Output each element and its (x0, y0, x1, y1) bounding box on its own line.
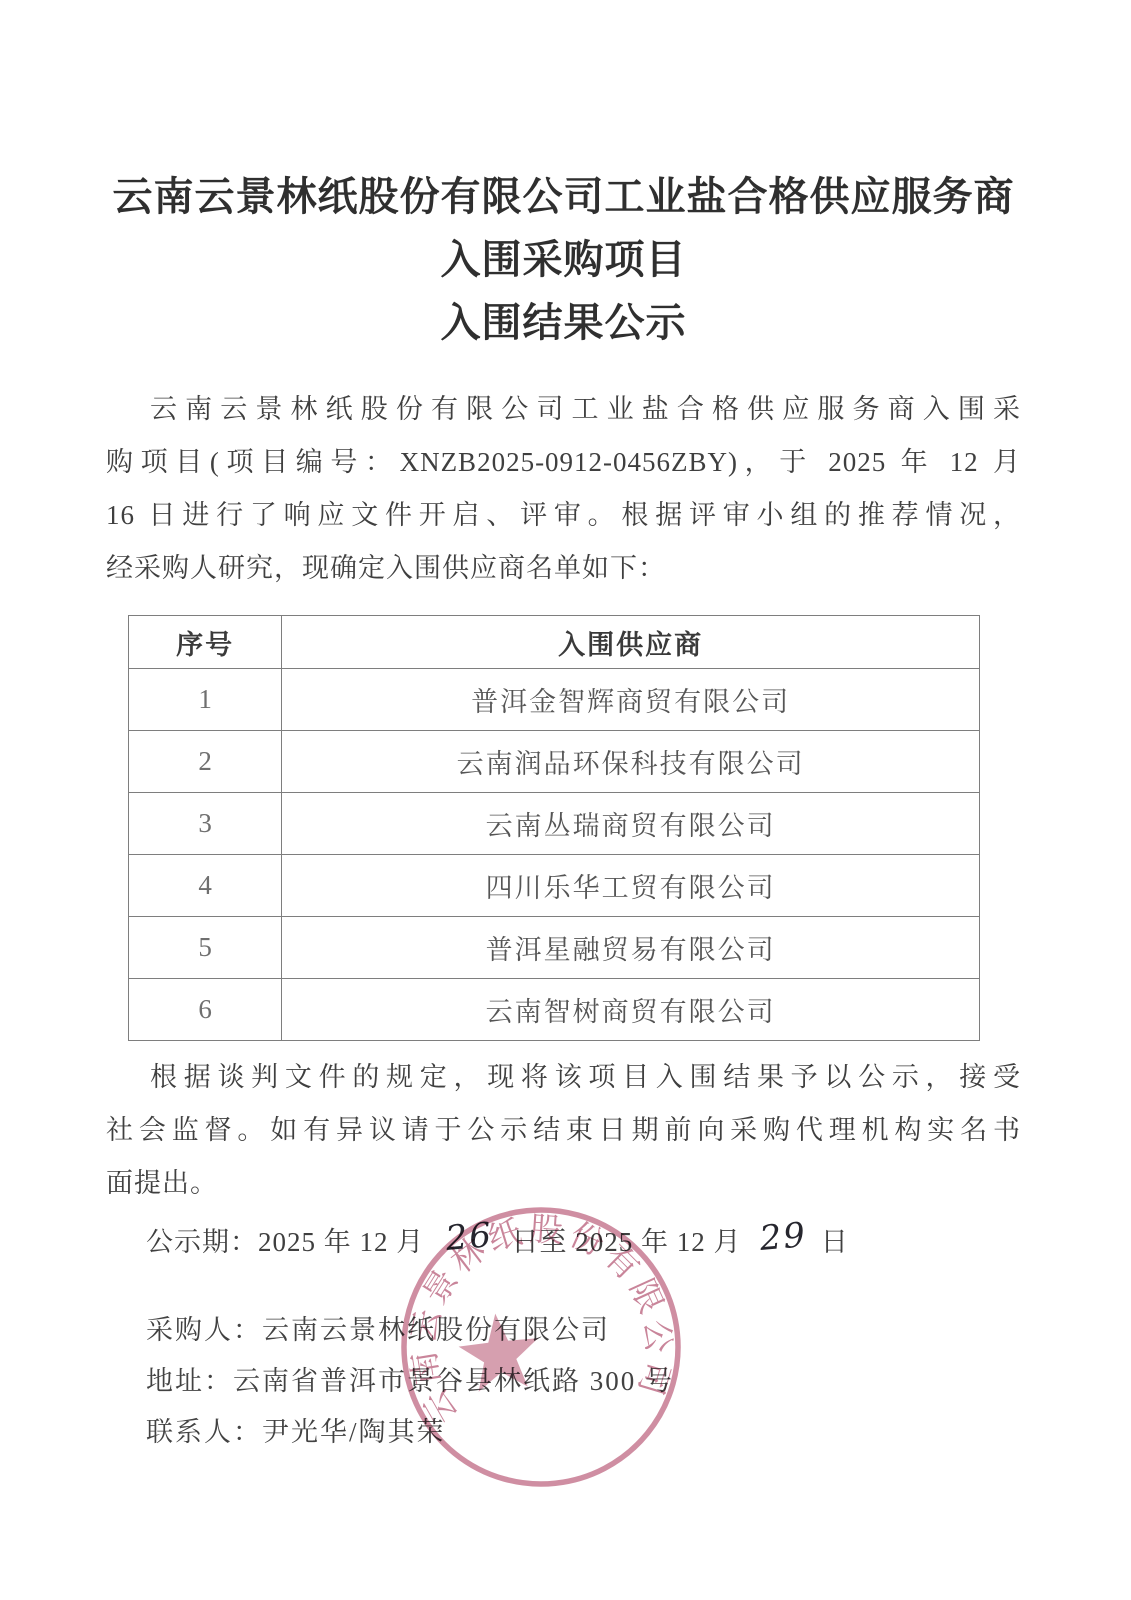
row-number: 3 (129, 793, 282, 855)
intro-line-2: 购项目(项目编号：XNZB2025-0912-0456ZBY)，于 2025 年… (106, 436, 1021, 489)
supplier-name: 云南智树商贸有限公司 (282, 979, 980, 1041)
address-line: 地址：云南省普洱市景谷县林纸路 300 号 (146, 1356, 1021, 1407)
table-row: 2 云南润品环保科技有限公司 (129, 731, 980, 793)
supplier-name: 普洱金智辉商贸有限公司 (282, 669, 980, 731)
handwritten-end-day: 29 (757, 1209, 809, 1266)
row-number: 5 (129, 917, 282, 979)
table-row: 1 普洱金智辉商贸有限公司 (129, 669, 980, 731)
intro-line-4: 经采购人研究，现确定入围供应商名单如下： (106, 542, 1021, 595)
closing-line-2: 社会监督。如有异议请于公示结束日期前向采购代理机构实名书 (106, 1104, 1021, 1157)
column-header-supplier: 入围供应商 (282, 616, 980, 669)
table-row: 3 云南丛瑞商贸有限公司 (129, 793, 980, 855)
table-header-row: 序号 入围供应商 (129, 616, 980, 669)
publicity-prefix: 公示期：2025 年 12 月 (146, 1227, 424, 1257)
handwritten-start-day: 26 (444, 1209, 496, 1266)
row-number: 1 (129, 669, 282, 731)
row-number: 6 (129, 979, 282, 1041)
document-title: 云南云景林纸股份有限公司工业盐合格供应服务商 入围采购项目 入围结果公示 (106, 166, 1021, 355)
supplier-name: 云南丛瑞商贸有限公司 (282, 793, 980, 855)
row-number: 2 (129, 731, 282, 793)
closing-line-1: 根据谈判文件的规定，现将该项目入围结果予以公示，接受 (106, 1051, 1021, 1104)
closing-line-3: 面提出。 (106, 1157, 1021, 1210)
footer-info: 采购人：云南云景林纸股份有限公司 地址：云南省普洱市景谷县林纸路 300 号 联… (106, 1305, 1021, 1458)
publicity-suffix: 日 (821, 1227, 849, 1257)
title-line-1: 云南云景林纸股份有限公司工业盐合格供应服务商 (106, 166, 1021, 229)
title-line-2: 入围采购项目 (106, 229, 1021, 292)
table-row: 4 四川乐华工贸有限公司 (129, 855, 980, 917)
document-page: 云南云景林纸股份有限公司工业盐合格供应服务商 入围采购项目 入围结果公示 云南云… (0, 0, 1131, 1600)
supplier-name: 四川乐华工贸有限公司 (282, 855, 980, 917)
intro-line-1: 云南云景林纸股份有限公司工业盐合格供应服务商入围采 (106, 383, 1021, 436)
table-row: 6 云南智树商贸有限公司 (129, 979, 980, 1041)
intro-paragraph: 云南云景林纸股份有限公司工业盐合格供应服务商入围采 购项目(项目编号：XNZB2… (106, 383, 1021, 595)
supplier-name: 普洱星融贸易有限公司 (282, 917, 980, 979)
closing-paragraph: 根据谈判文件的规定，现将该项目入围结果予以公示，接受 社会监督。如有异议请于公示… (106, 1051, 1021, 1210)
title-line-3: 入围结果公示 (106, 292, 1021, 355)
contact-line: 联系人：尹光华/陶其荣 (146, 1407, 1021, 1458)
intro-line-3: 16 日进行了响应文件开启、评审。根据评审小组的推荐情况， (106, 489, 1021, 542)
publicity-period-line: 公示期：2025 年 12 月26日至 2025 年 12 月29日 (106, 1214, 1021, 1269)
row-number: 4 (129, 855, 282, 917)
table-row: 5 普洱星融贸易有限公司 (129, 917, 980, 979)
column-header-no: 序号 (129, 616, 282, 669)
shortlisted-suppliers-table: 序号 入围供应商 1 普洱金智辉商贸有限公司 2 云南润品环保科技有限公司 3 … (128, 615, 980, 1041)
document-content: 云南云景林纸股份有限公司工业盐合格供应服务商 入围采购项目 入围结果公示 云南云… (0, 0, 1131, 1458)
publicity-middle: 日至 2025 年 12 月 (512, 1227, 742, 1257)
purchaser-line: 采购人：云南云景林纸股份有限公司 (146, 1305, 1021, 1356)
supplier-name: 云南润品环保科技有限公司 (282, 731, 980, 793)
